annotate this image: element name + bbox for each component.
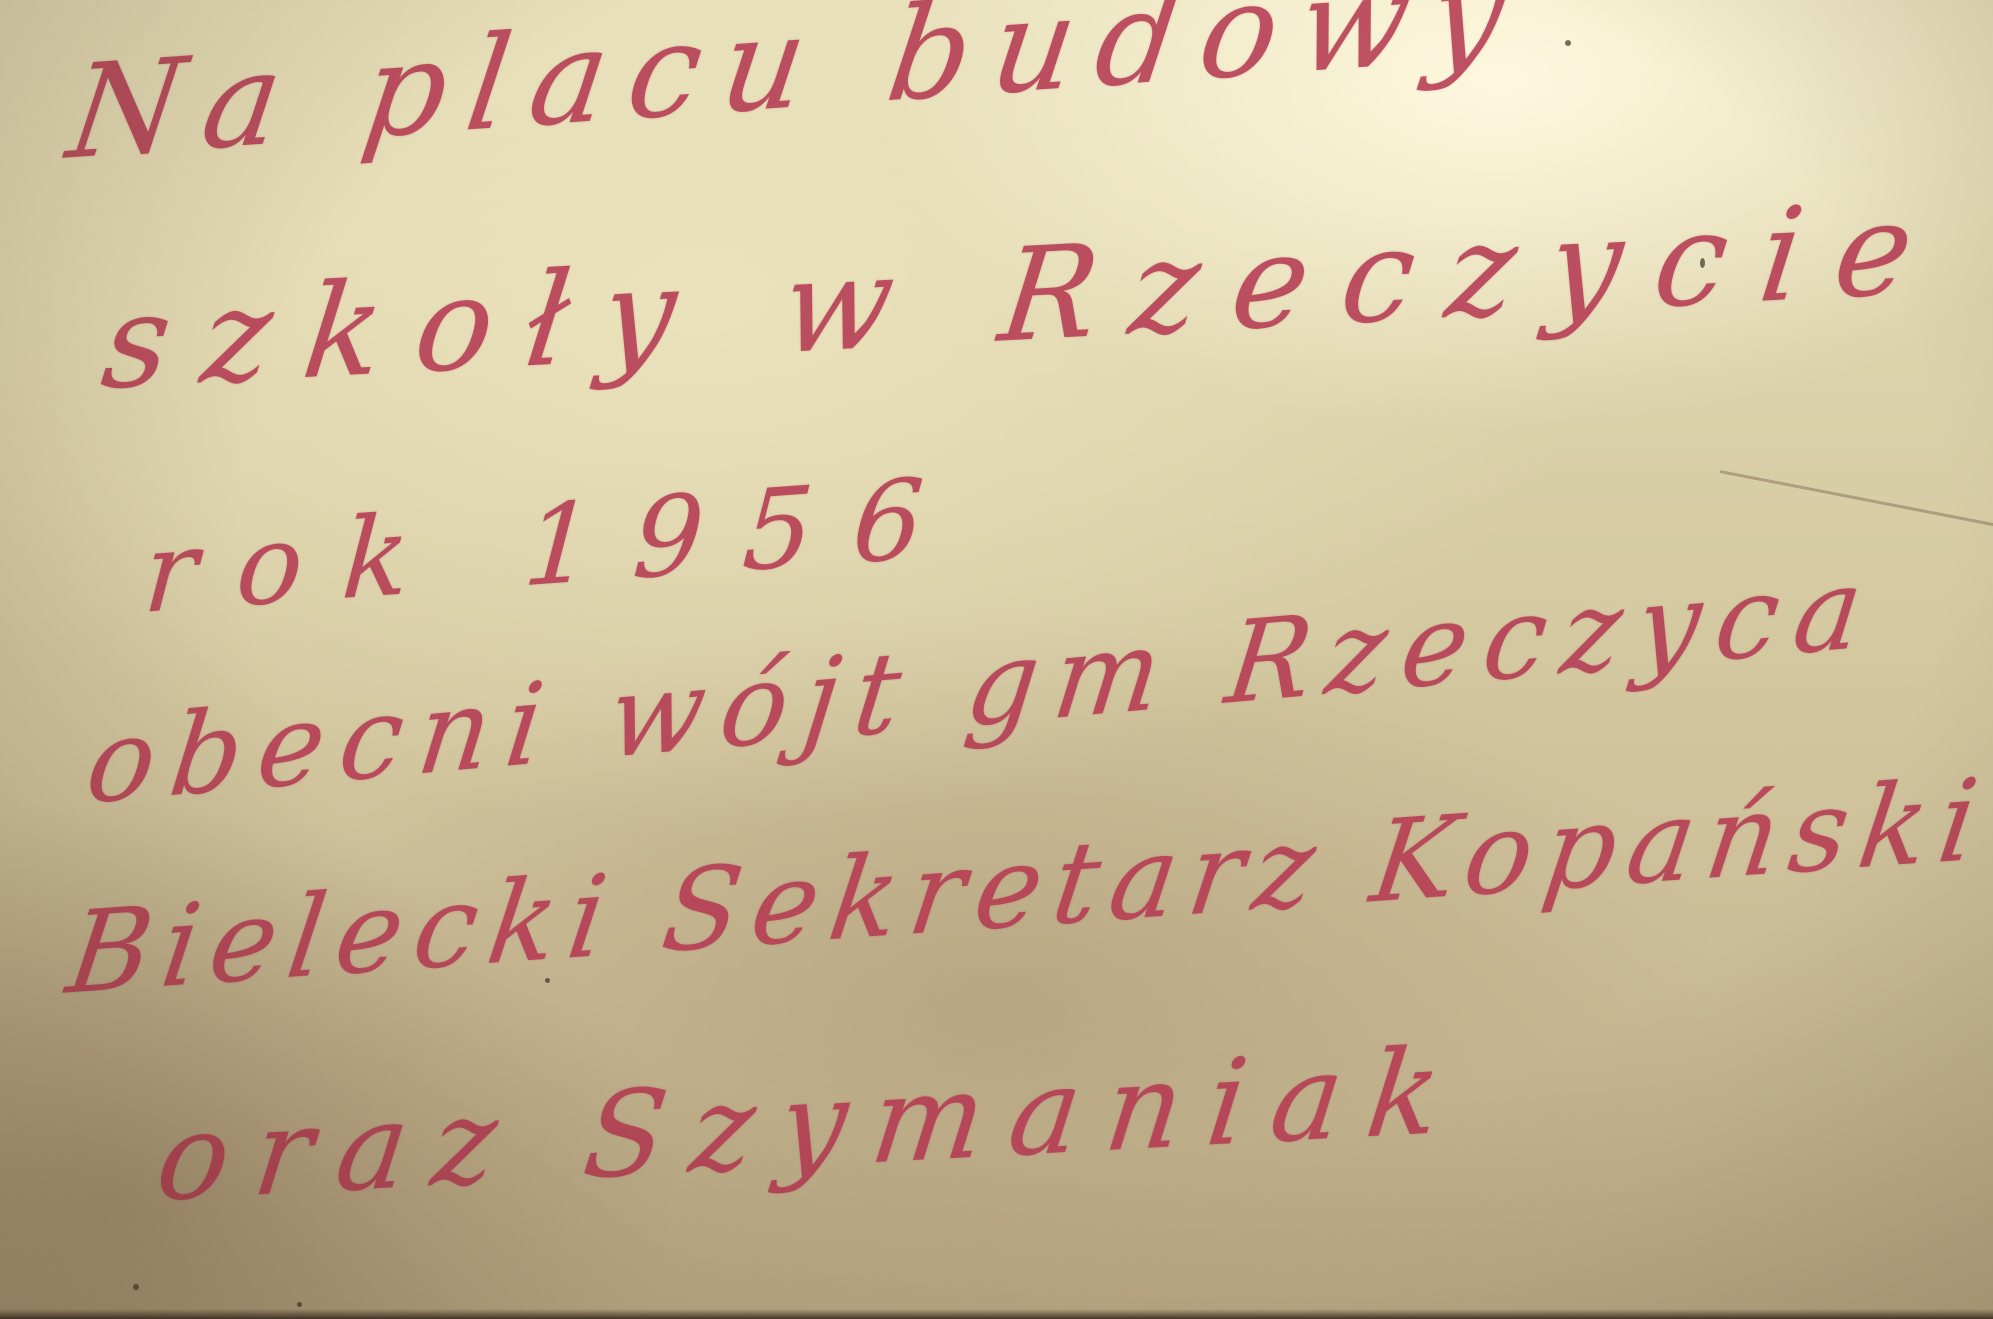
photo-bottom-edge [0, 1309, 1993, 1319]
inscription-line-1: Na placu budowy [60, 0, 1536, 189]
paper-crease [1720, 470, 1993, 526]
inscription-line-3: rok 1956 [140, 452, 967, 638]
paper-speck [1565, 40, 1571, 46]
photo-back: Na placu budowy szkoły w Rzeczycie rok 1… [0, 0, 1993, 1319]
paper-speck [133, 1284, 139, 1290]
inscription-line-2: szkoły w Rzeczycie [95, 172, 1955, 419]
inscription-line-6: oraz Szymaniak [150, 1020, 1474, 1228]
paper-speck [297, 1302, 302, 1307]
